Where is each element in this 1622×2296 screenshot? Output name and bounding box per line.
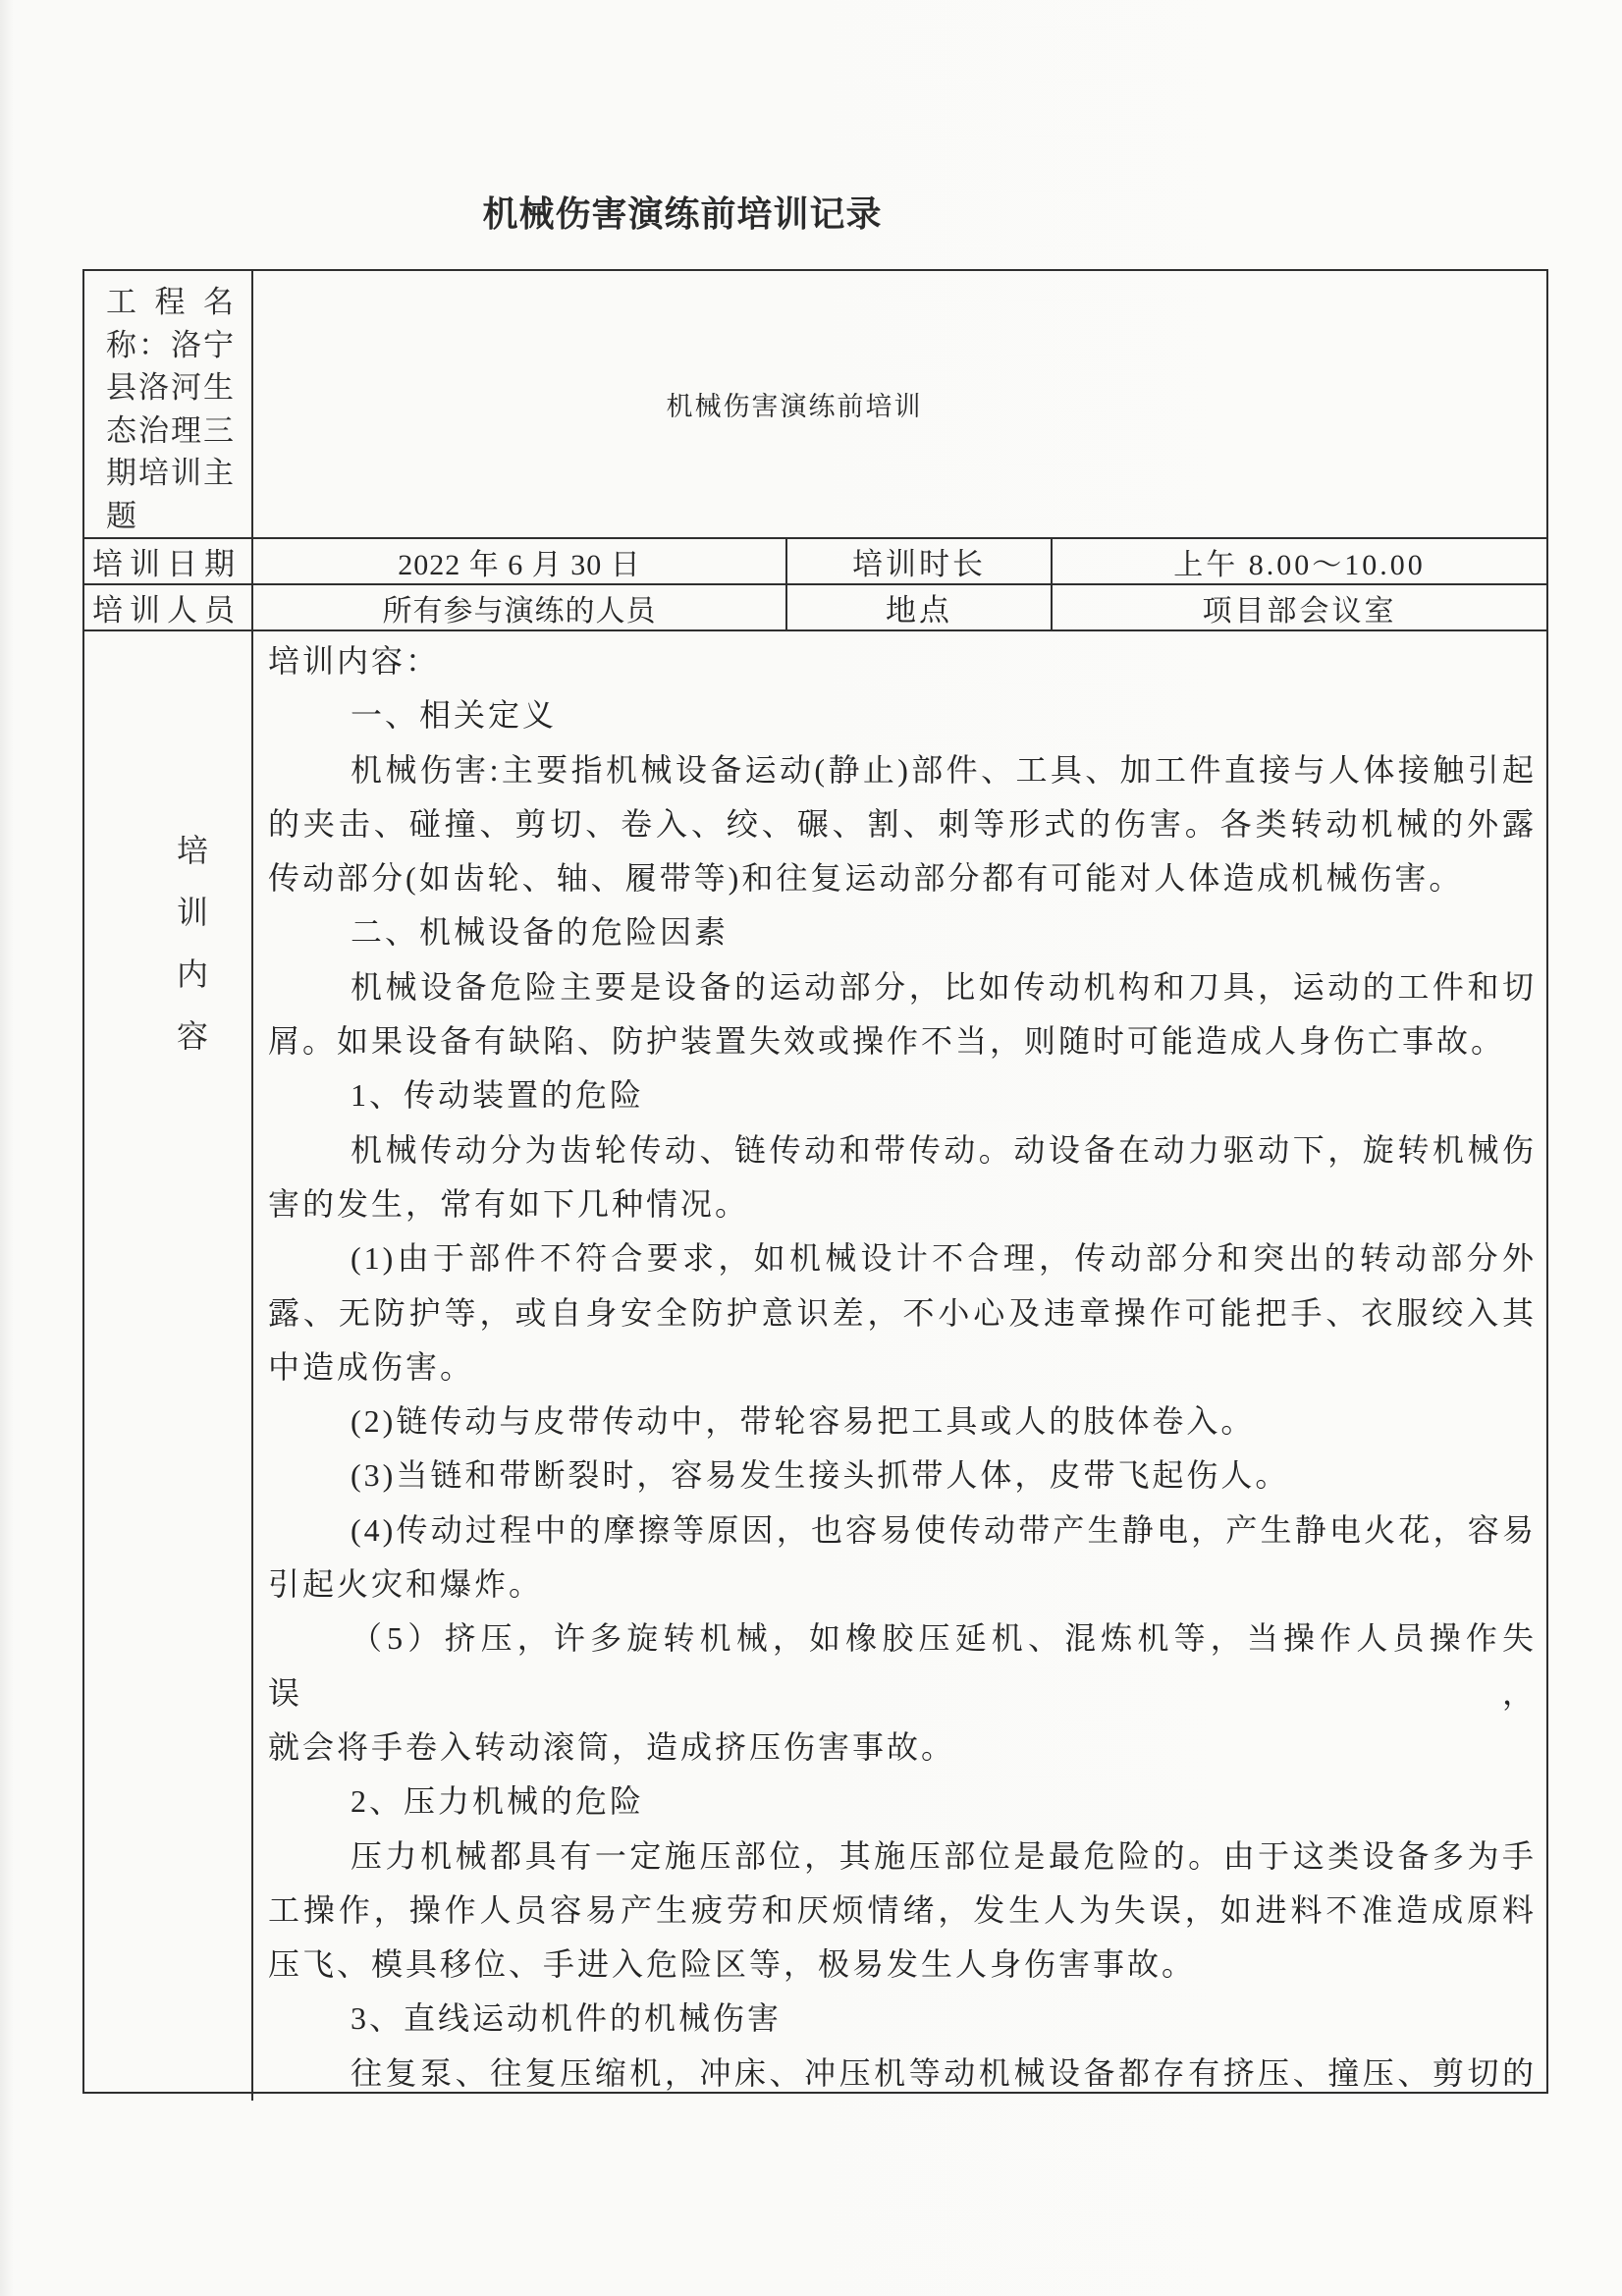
content-line: 1、传动装置的危险 <box>268 1068 1537 1122</box>
content-line: (3)当链和带断裂时，容易发生接头抓带人体，皮带飞起伤人。 <box>268 1449 1537 1503</box>
side-label-char: 训 <box>177 888 208 933</box>
page-title: 机械伤害演练前培训记录 <box>0 187 1365 237</box>
project-name-label-cell: 工程名称：洛宁县洛河生态治理三期培训主题 <box>84 271 253 537</box>
side-label-char: 容 <box>177 1011 208 1057</box>
document-page: 机械伤害演练前培训记录 工程名称：洛宁县洛河生态治理三期培训主题 机械伤害演练前… <box>0 0 1622 2296</box>
training-duration-value: 上午 8.00～10.00 <box>1053 539 1546 583</box>
table-row-project: 工程名称：洛宁县洛河生态治理三期培训主题 机械伤害演练前培训 <box>84 271 1546 539</box>
table-row-date: 培训日期 2022 年 6 月 30 日 培训时长 上午 8.00～10.00 <box>84 539 1546 585</box>
content-line: (4)传动过程中的摩擦等原因，也容易使传动带产生静电，产生静电火花，容易 <box>268 1503 1537 1558</box>
content-line: 机械伤害:主要指机械设备运动(静止)部件、工具、加工件直接与人体接触引起 <box>268 743 1537 797</box>
content-line: 就会将手卷入转动滚筒，造成挤压伤害事故。 <box>268 1721 1537 1775</box>
content-line: 一、相关定义 <box>268 688 1537 742</box>
content-line: 害的发生，常有如下几种情况。 <box>268 1177 1537 1231</box>
side-label-char: 内 <box>177 950 208 995</box>
training-date-label: 培训日期 <box>84 539 253 583</box>
training-date-value: 2022 年 6 月 30 日 <box>253 539 787 583</box>
content-line: 培训内容： <box>268 634 1537 688</box>
content-line: 3、直线运动机件的机械伤害 <box>268 1992 1537 2046</box>
content-line: 往复泵、往复压缩机，冲床、冲压机等动机械设备都存有挤压、撞压、剪切的 <box>268 2047 1537 2101</box>
content-line: 露、无防护等，或自身安全防护意识差，不小心及违章操作可能把手、衣服绞入其 <box>268 1286 1537 1340</box>
training-personnel-value: 所有参与演练的人员 <box>253 585 787 629</box>
training-record-table: 工程名称：洛宁县洛河生态治理三期培训主题 机械伤害演练前培训 培训日期 2022… <box>82 269 1548 2094</box>
side-label-char: 培 <box>177 826 208 871</box>
content-lines: 培训内容：一、相关定义机械伤害:主要指机械设备运动(静止)部件、工具、加工件直接… <box>253 631 1546 2101</box>
table-row-content: 培训内容 培训内容：一、相关定义机械伤害:主要指机械设备运动(静止)部件、工具、… <box>84 631 1546 2101</box>
location-value: 项目部会议室 <box>1053 585 1546 629</box>
training-topic-cell: 机械伤害演练前培训 <box>253 271 1546 537</box>
content-side-label: 培训内容 <box>84 631 253 2101</box>
content-line: 引起火灾和爆炸。 <box>268 1558 1537 1612</box>
location-label: 地点 <box>787 585 1053 629</box>
training-personnel-label: 培训人员 <box>84 585 253 629</box>
content-line: 压飞、模具移位、手进入危险区等，极易发生人身伤害事故。 <box>268 1938 1537 1992</box>
content-line: 的夹击、碰撞、剪切、卷入、绞、碾、割、刺等形式的伤害。各类转动机械的外露 <box>268 797 1537 851</box>
content-line: 2、压力机械的危险 <box>268 1775 1537 1829</box>
content-line: (1)由于部件不符合要求，如机械设计不合理，传动部分和突出的转动部分外 <box>268 1231 1537 1285</box>
content-line: 二、机械设备的危险因素 <box>268 905 1537 959</box>
content-line: 机械传动分为齿轮传动、链传动和带传动。动设备在动力驱动下，旋转机械伤 <box>268 1123 1537 1177</box>
table-row-personnel: 培训人员 所有参与演练的人员 地点 项目部会议室 <box>84 585 1546 631</box>
content-line: 屑。如果设备有缺陷、防护装置失效或操作不当，则随时可能造成人身伤亡事故。 <box>268 1014 1537 1068</box>
content-line: （5）挤压，许多旋转机械，如橡胶压延机、混炼机等，当操作人员操作失误， <box>268 1612 1537 1721</box>
content-line: 机械设备危险主要是设备的运动部分，比如传动机构和刀具，运动的工件和切 <box>268 960 1537 1014</box>
content-line: (2)链传动与皮带传动中，带轮容易把工具或人的肢体卷入。 <box>268 1394 1537 1449</box>
content-line: 工操作，操作人员容易产生疲劳和厌烦情绪，发生人为失误，如进料不准造成原料 <box>268 1884 1537 1938</box>
content-line: 中造成伤害。 <box>268 1340 1537 1394</box>
content-line: 传动部分(如齿轮、轴、履带等)和往复运动部分都有可能对人体造成机械伤害。 <box>268 851 1537 905</box>
content-line: 压力机械都具有一定施压部位，其施压部位是最危险的。由于这类设备多为手 <box>268 1830 1537 1884</box>
training-duration-label: 培训时长 <box>787 539 1053 583</box>
